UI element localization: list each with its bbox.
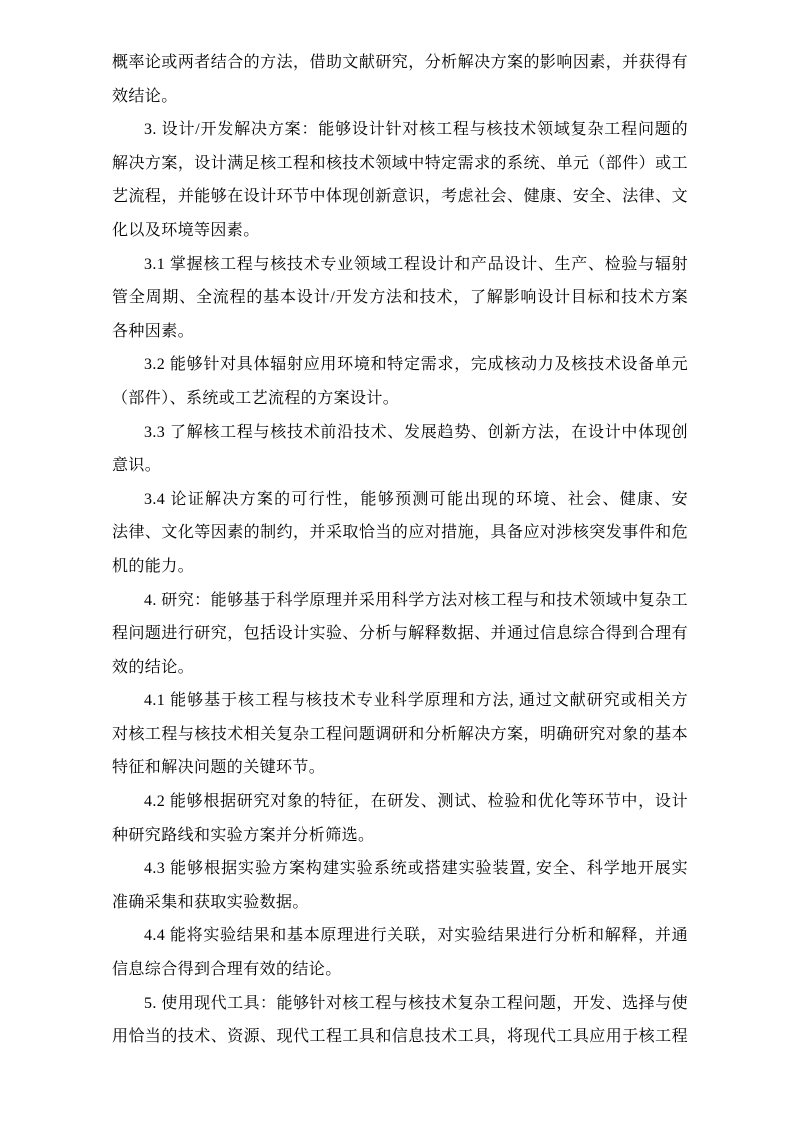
text-line: 信息综合得到合理有效的结论。: [112, 953, 688, 987]
text-line: 各种因素。: [112, 315, 688, 349]
text-line: 法律、文化等因素的制约，并采取恰当的应对措施，具备应对涉核突发事件和危: [112, 516, 688, 550]
text-line: 4.4 能将实验结果和基本原理进行关联，对实验结果进行分析和解释，并通过: [112, 919, 688, 953]
text-line: 4. 研究：能够基于科学原理并采用科学方法对核工程与和技术领域中复杂工: [112, 584, 688, 618]
text-line: 3. 设计/开发解决方案：能够设计针对核工程与核技术领域复杂工程问题的: [112, 113, 688, 147]
text-line: 特征和解决问题的关键环节。: [112, 751, 688, 785]
text-line: 种研究路线和实验方案并分析筛选。: [112, 819, 688, 853]
text-line: 解决方案，设计满足核工程和核技术领域中特定需求的系统、单元（部件）或工: [112, 147, 688, 181]
document-page: 概率论或两者结合的方法，借助文献研究，分析解决方案的影响因素，并获得有效结论。3…: [0, 0, 794, 1123]
text-line: 对核工程与核技术相关复杂工程问题调研和分析解决方案，明确研究对象的基本: [112, 718, 688, 752]
text-line: 4.3 能够根据实验方案构建实验系统或搭建实验装置, 安全、科学地开展实验,: [112, 852, 688, 886]
text-line: 3.3 了解核工程与核技术前沿技术、发展趋势、创新方法，在设计中体现创新: [112, 416, 688, 450]
text-line: 4.1 能够基于核工程与核技术专业科学原理和方法, 通过文献研究或相关方法,: [112, 684, 688, 718]
text-line: 准确采集和获取实验数据。: [112, 886, 688, 920]
text-line: 4.2 能够根据研究对象的特征，在研发、测试、检验和优化等环节中，设计多: [112, 785, 688, 819]
document-body: 概率论或两者结合的方法，借助文献研究，分析解决方案的影响因素，并获得有效结论。3…: [112, 46, 688, 1054]
text-line: 艺流程，并能够在设计环节中体现创新意识，考虑社会、健康、安全、法律、文: [112, 180, 688, 214]
text-line: 5. 使用现代工具：能够针对核工程与核技术复杂工程问题，开发、选择与使: [112, 987, 688, 1021]
text-line: 化以及环境等因素。: [112, 214, 688, 248]
text-line: 3.4 论证解决方案的可行性，能够预测可能出现的环境、社会、健康、安全、: [112, 483, 688, 517]
text-line: 概率论或两者结合的方法，借助文献研究，分析解决方案的影响因素，并获得有: [112, 46, 688, 80]
text-line: 机的能力。: [112, 550, 688, 584]
text-line: （部件）、系统或工艺流程的方案设计。: [112, 382, 688, 416]
text-line: 效结论。: [112, 80, 688, 114]
text-line: 程问题进行研究，包括设计实验、分析与解释数据、并通过信息综合得到合理有: [112, 617, 688, 651]
text-line: 管全周期、全流程的基本设计/开发方法和技术，了解影响设计目标和技术方案的: [112, 281, 688, 315]
text-line: 用恰当的技术、资源、现代工程工具和信息技术工具，将现代工具应用于核工程: [112, 1020, 688, 1054]
text-line: 意识。: [112, 449, 688, 483]
text-line: 3.1 掌握核工程与核技术专业领域工程设计和产品设计、生产、检验与辐射监: [112, 248, 688, 282]
text-line: 效的结论。: [112, 651, 688, 685]
text-line: 3.2 能够针对具体辐射应用环境和特定需求，完成核动力及核技术设备单元: [112, 348, 688, 382]
